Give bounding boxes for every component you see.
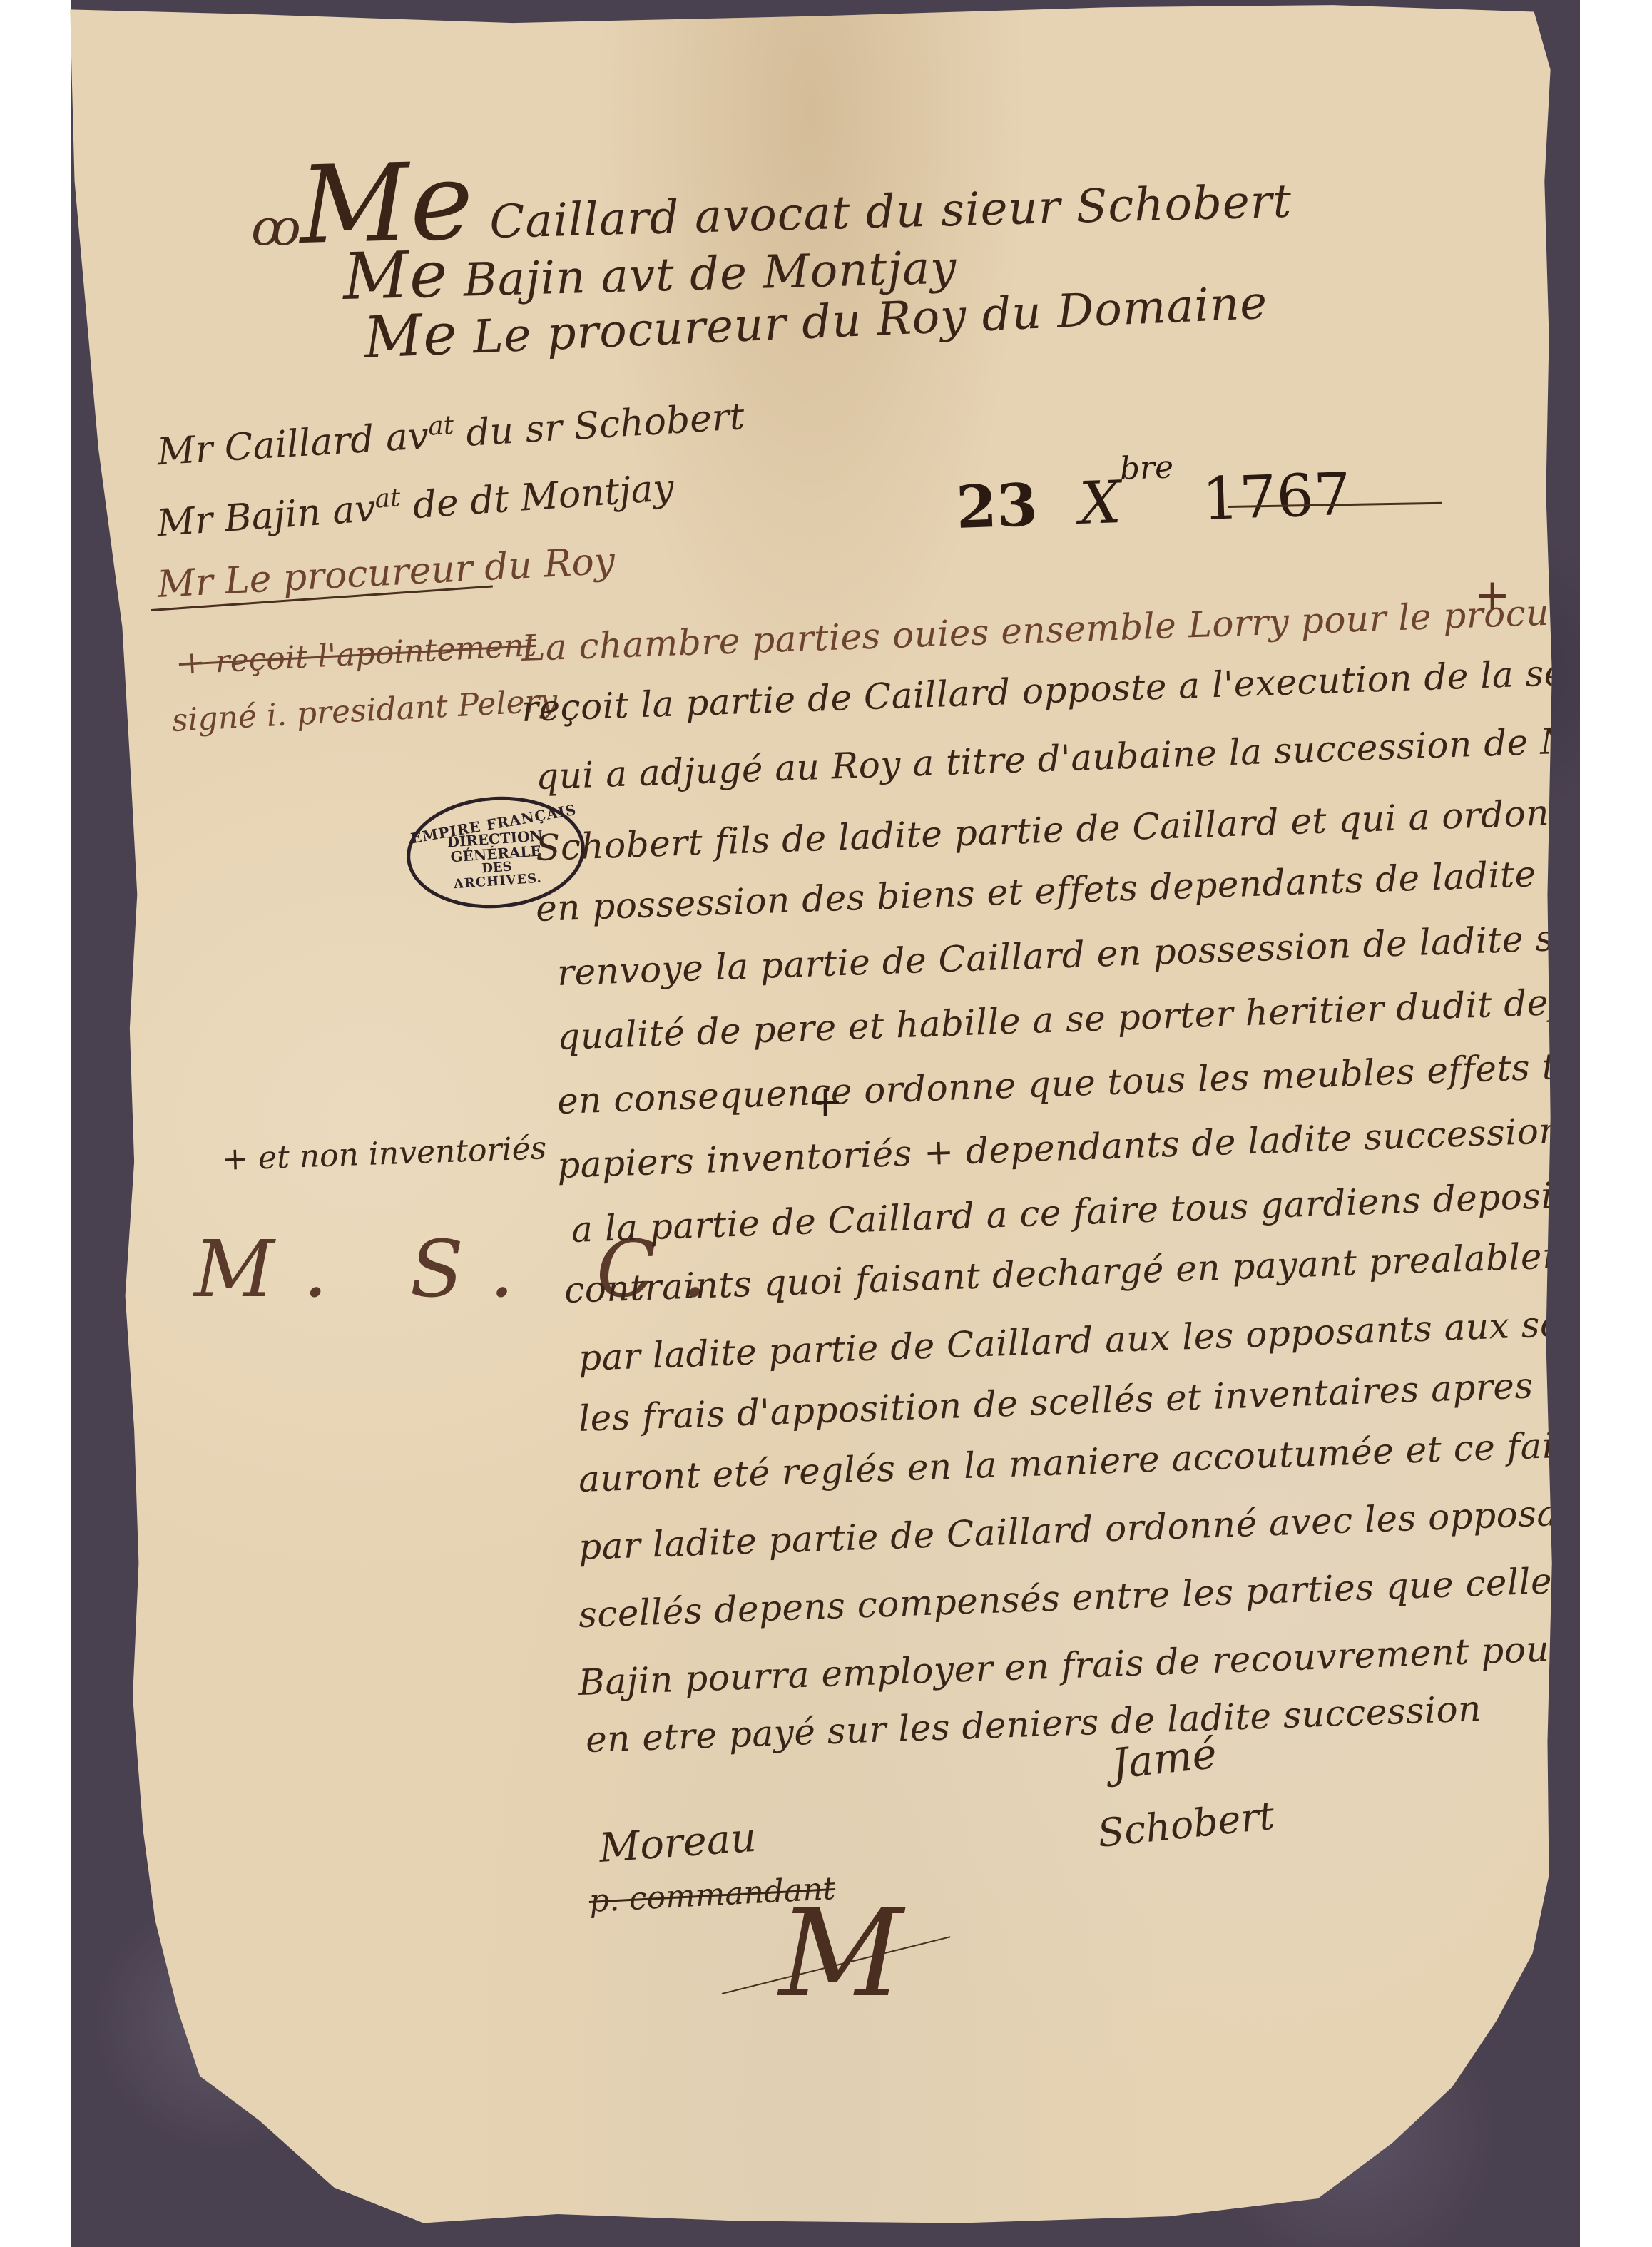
body-line-12: par ladite partie de Caillard aux les op… — [578, 1303, 1646, 1376]
party-2-sup: at — [374, 483, 402, 514]
body-line-16: scellés depens compensés entre les parti… — [578, 1561, 1628, 1633]
body-line-18-text: en etre payé sur les deniers de ladite s… — [585, 1688, 1482, 1761]
party-2-text2: de dt Montjay — [412, 467, 675, 527]
date-day: 23 — [955, 471, 1039, 542]
date: 23 Xbre 1767 — [954, 446, 1352, 538]
insertion-cross-top-right: + — [1474, 574, 1510, 616]
party-1: Mr Caillard avat du sr Schobert — [156, 395, 746, 472]
body-line-15: par ladite partie de Caillard ordonné av… — [578, 1491, 1652, 1565]
party-2: Mr Bajin avat de dt Montjay — [155, 466, 675, 542]
body-line-10: a la partie de Caillard a ce faire tous … — [571, 1174, 1652, 1248]
insertion-cross-body: + — [807, 1080, 843, 1123]
body-line-8-text: en consequence ordonne que tous les meub… — [556, 1041, 1652, 1122]
party-3-text: Le procureur du Roy — [224, 539, 616, 603]
signature-right-2: Schobert — [1096, 1796, 1276, 1853]
signature-left-1: Moreau — [598, 1818, 758, 1869]
margin-note-1: + reçoit l'apointement — [178, 630, 537, 680]
body-line-3: qui a adjugé au Roy a titre d'aubaine la… — [535, 719, 1652, 795]
party-2-prefix: Mr — [155, 499, 214, 545]
party-3-prefix: Mr — [156, 561, 214, 606]
margin-note-2: signé i. presidant Pelery — [171, 686, 559, 737]
party-2-text: Bajin av — [223, 487, 377, 541]
body-line-15-text: par ladite partie de Caillard ordonné av… — [578, 1488, 1652, 1568]
date-month-symbol: X — [1078, 469, 1122, 538]
margin-note-3-text: + et non inventoriés — [221, 1130, 547, 1178]
party-1-sup: at — [427, 411, 454, 442]
body-line-16-text: scellés depens compensés entre les parti… — [578, 1558, 1628, 1636]
signature-right-1-text: Jamé — [1109, 1729, 1218, 1788]
margin-note-3: + et non inventoriés — [221, 1133, 547, 1176]
body-line-3-text: qui a adjugé au Roy a titre d'aubaine la… — [535, 716, 1652, 798]
signature-right-1: Jamé — [1110, 1733, 1218, 1785]
margin-note-2-text: signé i. presidant Pelery — [170, 683, 558, 739]
body-line-14: auront eté reglés en la maniere accoutum… — [578, 1425, 1633, 1497]
party-1-prefix: Mr — [156, 428, 215, 474]
body-line-8: en consequence ordonne que tous les meub… — [556, 1044, 1652, 1119]
body-line-13: les frais d'apposition de scellés et inv… — [578, 1364, 1644, 1437]
party-1-text2: du sr Schobert — [465, 395, 746, 455]
parchment-sheet: ꝏ Me Caillard avocat du sieur Schobert M… — [66, 3, 1556, 2232]
opening-flourish-icon: ꝏ — [251, 203, 301, 253]
addressee-3-prefix: Me — [362, 300, 459, 371]
signature-right-2-text: Schobert — [1096, 1793, 1277, 1856]
margin-note-1-text: + reçoit l'apointement — [178, 627, 537, 682]
body-line-18: en etre payé sur les deniers de ladite s… — [585, 1691, 1482, 1758]
date-year: 1767 — [1201, 461, 1352, 534]
stamp-line-4: ARCHIVES. — [453, 872, 542, 891]
date-month-sup: bre — [1119, 449, 1174, 487]
document-scan: ꝏ Me Caillard avocat du sieur Schobert M… — [0, 0, 1652, 2247]
party-1-text: Caillard av — [223, 414, 430, 469]
signature-left-1-text: Moreau — [598, 1815, 758, 1872]
